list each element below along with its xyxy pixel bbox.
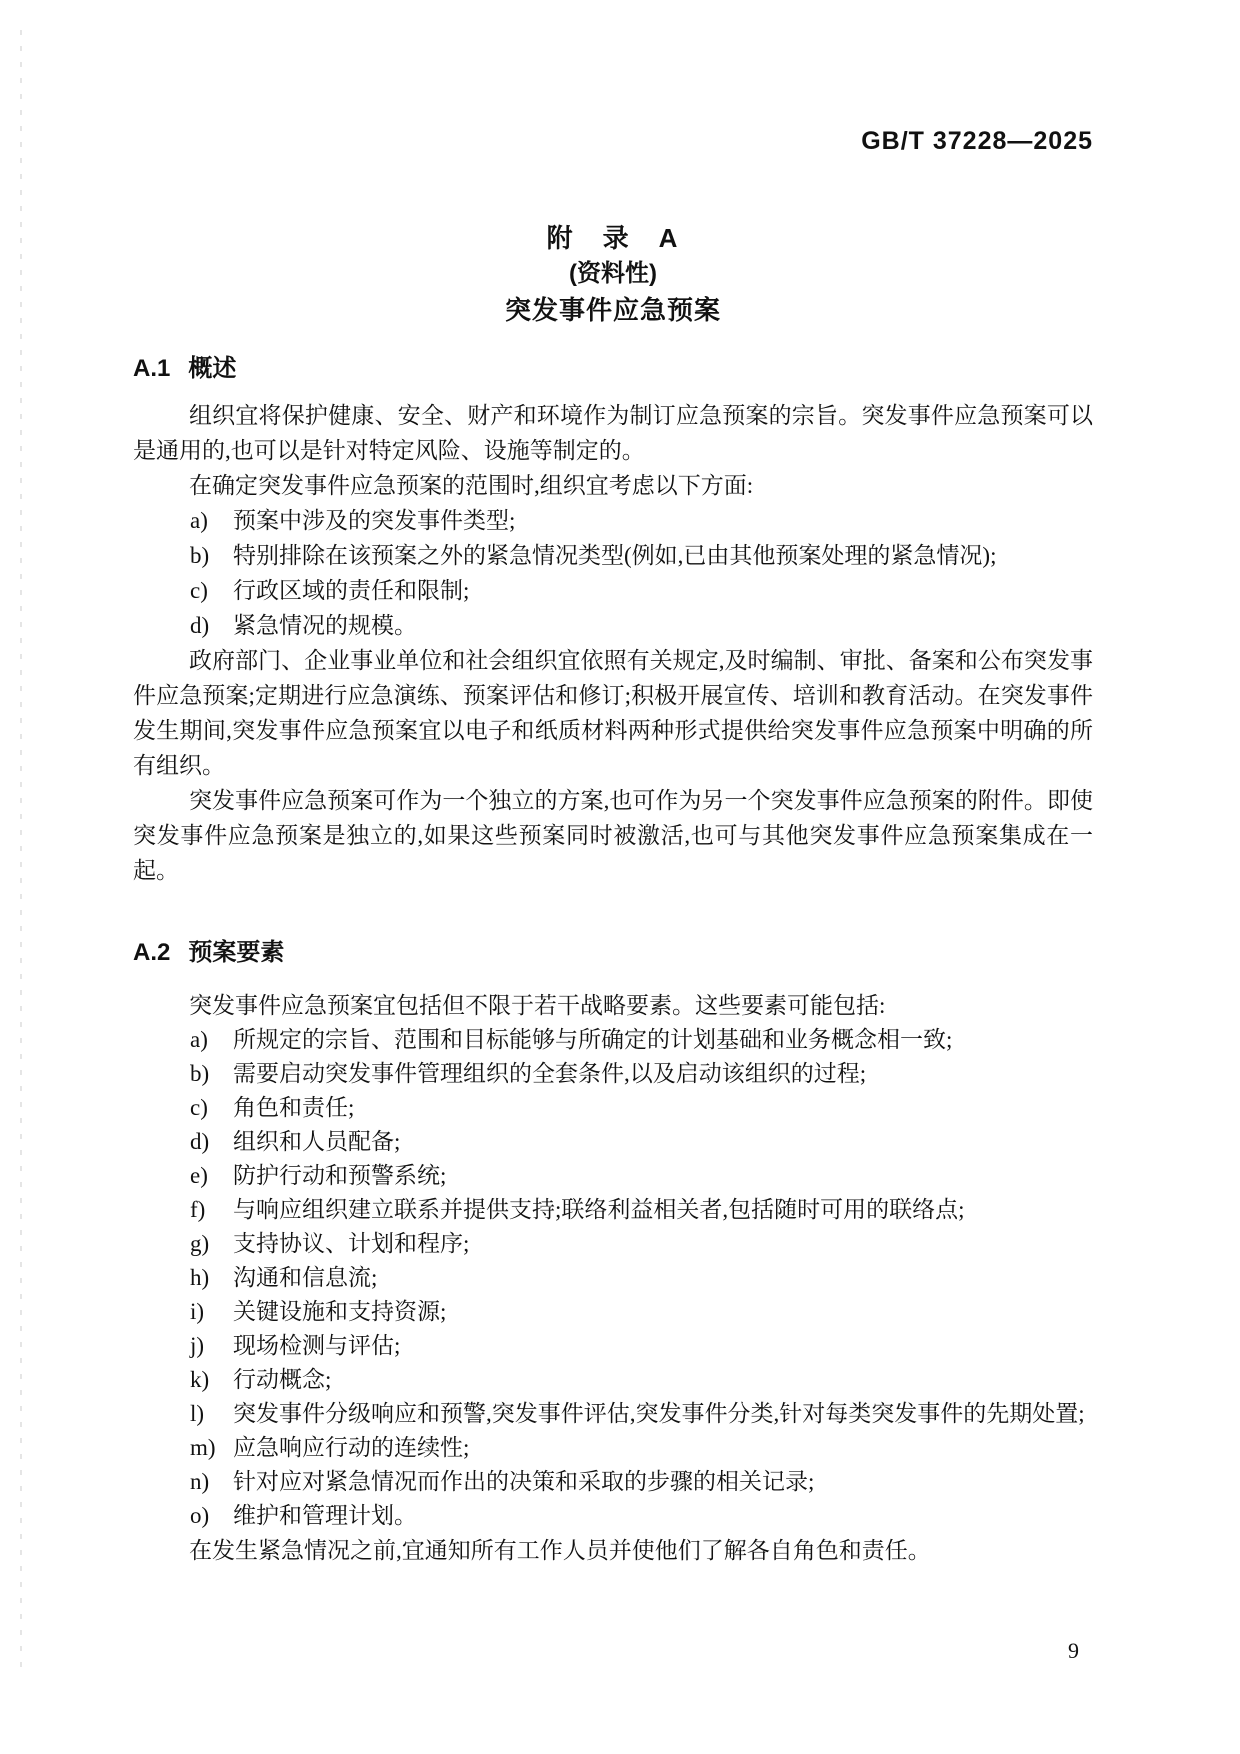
paragraph: 突发事件应急预案可作为一个独立的方案,也可作为另一个突发事件应急预案的附件。即使… — [133, 783, 1093, 888]
list-text: 关键设施和支持资源; — [233, 1299, 446, 1324]
list-text: 针对应对紧急情况而作出的决策和采取的步骤的相关记录; — [233, 1469, 814, 1494]
list-marker: i) — [190, 1295, 204, 1329]
list-text: 维护和管理计划。 — [233, 1503, 417, 1528]
section-heading-a1: A.1概述 — [133, 354, 1093, 384]
list-item: l)突发事件分级响应和预警,突发事件评估,突发事件分类,针对每类突发事件的先期处… — [133, 1397, 1093, 1431]
list-item: o)维护和管理计划。 — [133, 1499, 1093, 1533]
list-marker: m) — [190, 1431, 216, 1465]
list-marker: j) — [190, 1329, 204, 1363]
list-text: 紧急情况的规模。 — [233, 613, 417, 638]
appendix-title-block: 附 录 A (资料性) 突发事件应急预案 — [133, 220, 1093, 328]
list-marker: h) — [190, 1261, 209, 1295]
paragraph: 突发事件应急预案宜包括但不限于若干战略要素。这些要素可能包括: — [133, 988, 1093, 1023]
section-number: A.2 — [133, 939, 170, 966]
list-item: h)沟通和信息流; — [133, 1261, 1093, 1295]
list-text: 突发事件分级响应和预警,突发事件评估,突发事件分类,针对每类突发事件的先期处置; — [233, 1401, 1085, 1426]
list-item: c)行政区域的责任和限制; — [133, 573, 1093, 608]
list-marker: b) — [190, 538, 209, 573]
list-text: 特别排除在该预案之外的紧急情况类型(例如,已由其他预案处理的紧急情况); — [233, 543, 996, 568]
list-item: j)现场检测与评估; — [133, 1329, 1093, 1363]
list-text: 角色和责任; — [233, 1095, 354, 1120]
list-item: a)所规定的宗旨、范围和目标能够与所确定的计划基础和业务概念相一致; — [133, 1023, 1093, 1057]
list-text: 所规定的宗旨、范围和目标能够与所确定的计划基础和业务概念相一致; — [233, 1027, 952, 1052]
page-number: 9 — [1068, 1636, 1079, 1666]
paragraph: 在发生紧急情况之前,宜通知所有工作人员并使他们了解各自角色和责任。 — [133, 1533, 1093, 1568]
list-marker: n) — [190, 1465, 209, 1499]
list-item: b)需要启动突发事件管理组织的全套条件,以及启动该组织的过程; — [133, 1057, 1093, 1091]
appendix-title: 附 录 A — [133, 220, 1093, 256]
list-marker: g) — [190, 1227, 209, 1261]
list-marker: l) — [190, 1397, 204, 1431]
list-marker: f) — [190, 1193, 205, 1227]
list-marker: a) — [190, 1023, 208, 1057]
standard-code: GB/T 37228—2025 — [133, 0, 1093, 156]
list-marker: k) — [190, 1363, 209, 1397]
list-a2: a)所规定的宗旨、范围和目标能够与所确定的计划基础和业务概念相一致; b)需要启… — [133, 1023, 1093, 1533]
list-marker: d) — [190, 608, 209, 643]
list-text: 组织和人员配备; — [233, 1129, 400, 1154]
list-text: 行政区域的责任和限制; — [233, 578, 469, 603]
list-marker: e) — [190, 1159, 208, 1193]
paragraph: 组织宜将保护健康、安全、财产和环境作为制订应急预案的宗旨。突发事件应急预案可以是… — [133, 398, 1093, 468]
list-item: i)关键设施和支持资源; — [133, 1295, 1093, 1329]
list-marker: a) — [190, 503, 208, 538]
list-text: 沟通和信息流; — [233, 1265, 377, 1290]
list-text: 与响应组织建立联系并提供支持;联络利益相关者,包括随时可用的联络点; — [233, 1197, 965, 1222]
section-title: 预案要素 — [188, 939, 284, 966]
appendix-subtitle: (资料性) — [133, 256, 1093, 292]
list-marker: c) — [190, 573, 208, 608]
list-text: 行动概念; — [233, 1367, 331, 1392]
list-item: e)防护行动和预警系统; — [133, 1159, 1093, 1193]
paragraph: 在确定突发事件应急预案的范围时,组织宜考虑以下方面: — [133, 468, 1093, 503]
list-item: n)针对应对紧急情况而作出的决策和采取的步骤的相关记录; — [133, 1465, 1093, 1499]
paragraph: 政府部门、企业事业单位和社会组织宜依照有关规定,及时编制、审批、备案和公布突发事… — [133, 643, 1093, 783]
list-text: 支持协议、计划和程序; — [233, 1231, 469, 1256]
list-text: 需要启动突发事件管理组织的全套条件,以及启动该组织的过程; — [233, 1061, 866, 1086]
scan-artifact-line — [20, 30, 22, 1670]
appendix-subject: 突发事件应急预案 — [133, 292, 1093, 328]
list-item: m)应急响应行动的连续性; — [133, 1431, 1093, 1465]
list-item: c)角色和责任; — [133, 1091, 1093, 1125]
document-page: GB/T 37228—2025 附 录 A (资料性) 突发事件应急预案 A.1… — [0, 0, 1240, 1754]
list-text: 应急响应行动的连续性; — [233, 1435, 469, 1460]
list-item: d)紧急情况的规模。 — [133, 608, 1093, 643]
list-text: 防护行动和预警系统; — [233, 1163, 446, 1188]
list-marker: b) — [190, 1057, 209, 1091]
list-a1: a)预案中涉及的突发事件类型; b)特别排除在该预案之外的紧急情况类型(例如,已… — [133, 503, 1093, 643]
list-item: d)组织和人员配备; — [133, 1125, 1093, 1159]
section-title: 概述 — [188, 355, 236, 382]
list-item: a)预案中涉及的突发事件类型; — [133, 503, 1093, 538]
list-item: g)支持协议、计划和程序; — [133, 1227, 1093, 1261]
list-item: b)特别排除在该预案之外的紧急情况类型(例如,已由其他预案处理的紧急情况); — [133, 538, 1093, 573]
list-marker: d) — [190, 1125, 209, 1159]
list-text: 现场检测与评估; — [233, 1333, 400, 1358]
list-text: 预案中涉及的突发事件类型; — [233, 508, 515, 533]
list-item: k)行动概念; — [133, 1363, 1093, 1397]
page-content: GB/T 37228—2025 附 录 A (资料性) 突发事件应急预案 A.1… — [133, 0, 1093, 1568]
list-item: f)与响应组织建立联系并提供支持;联络利益相关者,包括随时可用的联络点; — [133, 1193, 1093, 1227]
list-marker: c) — [190, 1091, 208, 1125]
list-marker: o) — [190, 1499, 209, 1533]
section-heading-a2: A.2预案要素 — [133, 938, 1093, 968]
section-number: A.1 — [133, 355, 170, 382]
